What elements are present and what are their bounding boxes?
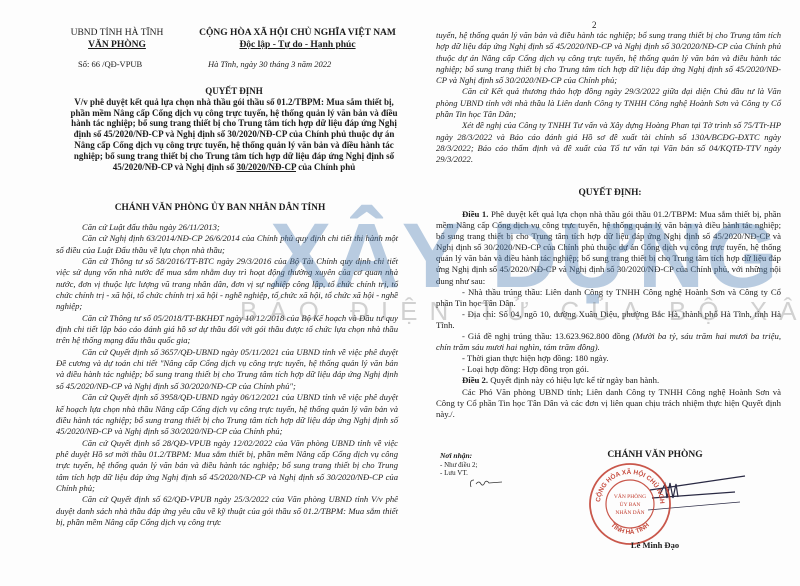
decision-title: QUYẾT ĐỊNH V/v phê duyệt kết quả lựa chọ… <box>64 86 404 172</box>
legal-basis-item: Căn cứ Thông tư số 58/2016/TT-BTC ngày 2… <box>56 256 398 313</box>
svg-text:TỈNH HÀ TĨNH: TỈNH HÀ TĨNH <box>609 522 651 537</box>
recipient-item: - Lưu VT. <box>440 469 477 478</box>
contract-type: - Loại hợp đồng: Hợp đồng trọn gói. <box>436 364 781 375</box>
bidder-address: - Địa chỉ: Số 04, ngõ 10, đường Xuân Diệ… <box>436 309 781 331</box>
recipients-label: Nơi nhận: <box>440 452 477 461</box>
document-number: Số: 66 /QĐ-VPUB <box>78 59 142 69</box>
legal-basis-continuation: tuyến, hệ thống quản lý văn bản và điều … <box>436 30 781 86</box>
signer-name: Lê Minh Đạo <box>570 540 740 550</box>
page-number: 2 <box>592 20 597 30</box>
legal-basis-item: Căn cứ Kết quả thương thảo hợp đồng ngày… <box>436 86 781 120</box>
agency-province: UBND TỈNH HÀ TĨNH <box>62 27 172 39</box>
decision-heading: QUYẾT ĐỊNH: <box>420 188 800 198</box>
legal-basis-item: Căn cứ Thông tư số 05/2018/TT-BKHĐT ngày… <box>56 313 398 347</box>
legal-basis-item: Xét đề nghị của Công ty TNHH Tư vấn và X… <box>436 120 781 165</box>
title-subject: V/v phê duyệt kết quả lựa chọn nhà thầu … <box>64 97 404 173</box>
winning-price: - Giá đề nghị trúng thầu: 13.623.962.800… <box>436 331 781 353</box>
legal-basis-item: Căn cứ Quyết định số 62/QĐ-VPUB ngày 25/… <box>56 494 398 528</box>
recipients-block: Nơi nhận: - Như điều 2; - Lưu VT. <box>440 452 477 478</box>
recipient-item: - Như điều 2; <box>440 461 477 470</box>
contract-duration: - Thời gian thực hiện hợp đồng: 180 ngày… <box>436 353 781 364</box>
legal-basis-item: Căn cứ Quyết định số 28/QĐ-VPUB ngày 12/… <box>56 438 398 495</box>
article-2: Điều 2. Quyết định này có hiệu lực kể từ… <box>436 375 781 386</box>
legal-basis-item: Căn cứ Luật đấu thầu ngày 26/11/2013; <box>56 222 398 233</box>
legal-basis-item: Căn cứ Nghị định 63/2014/NĐ-CP 26/6/2014… <box>56 233 398 256</box>
svg-text:VĂN PHÒNG: VĂN PHÒNG <box>614 492 646 500</box>
decision-articles: Điều 1. Phê duyệt kết quả lựa chọn nhà t… <box>436 209 781 420</box>
issuing-agency: UBND TỈNH HÀ TĨNH VĂN PHÒNG <box>62 27 172 51</box>
national-header: CỘNG HÒA XÃ HỘI CHỦ NGHĨA VIỆT NAM Độc l… <box>175 27 420 51</box>
national-motto: Độc lập - Tự do - Hạnh phúc <box>175 39 420 51</box>
legal-basis-continued: tuyến, hệ thống quản lý văn bản và điều … <box>436 30 781 166</box>
legal-basis-item: Căn cứ Quyết định số 3657/QĐ-UBND ngày 0… <box>56 347 398 392</box>
official-seal: CỘNG HÒA XÃ HỘI CHỦ NGHĨA VIỆT NAM TỈNH … <box>588 462 672 546</box>
svg-text:NHÂN DÂN: NHÂN DÂN <box>615 508 644 516</box>
issuing-authority: CHÁNH VĂN PHÒNG ỦY BAN NHÂN DÂN TỈNH <box>40 203 400 213</box>
nation-name: CỘNG HÒA XÃ HỘI CHỦ NGHĨA VIỆT NAM <box>175 27 420 39</box>
initials-mark <box>468 478 504 488</box>
place-date: Hà Tĩnh, ngày 30 tháng 3 năm 2022 <box>208 59 331 69</box>
signer-title: CHÁNH VĂN PHÒNG <box>570 450 740 460</box>
legal-basis-list: Căn cứ Luật đấu thầu ngày 26/11/2013; Că… <box>56 222 398 528</box>
svg-text:ỦY BAN: ỦY BAN <box>620 500 641 508</box>
document-page-2: 2 tuyến, hệ thống quản lý văn bản và điề… <box>420 0 800 586</box>
winning-bidder: - Nhà thầu trúng thầu: Liên danh Công ty… <box>436 287 781 309</box>
document-page-1: UBND TỈNH HÀ TĨNH VĂN PHÒNG CỘNG HÒA XÃ … <box>0 0 420 586</box>
legal-basis-item: Căn cứ Quyết định số 3958/QĐ-UBND ngày 0… <box>56 392 398 437</box>
article-1: Điều 1. Phê duyệt kết quả lựa chọn nhà t… <box>436 209 781 287</box>
title-heading: QUYẾT ĐỊNH <box>64 86 404 97</box>
responsibility-clause: Các Phó Văn phòng UBND tỉnh; Liên danh C… <box>436 387 781 420</box>
agency-office: VĂN PHÒNG <box>62 39 172 51</box>
